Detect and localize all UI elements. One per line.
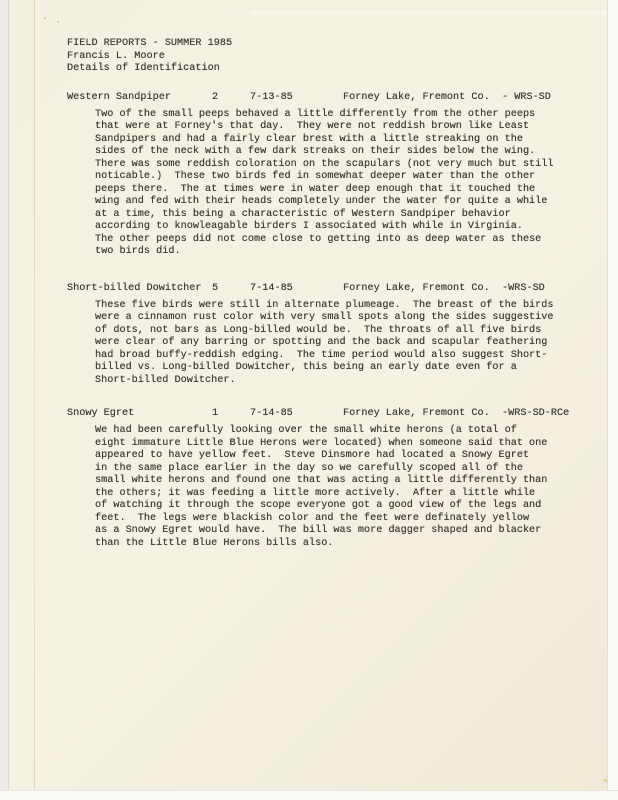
paper-speck (44, 17, 46, 19)
report-short-billed-dowitcher: Short-billed Dowitcher 5 7-14-85 Forney … (67, 283, 607, 388)
report-header: Western Sandpiper 2 7-13-85 Forney Lake,… (67, 92, 607, 105)
species-name: Snowy Egret (67, 408, 134, 421)
bird-count: 2 (212, 92, 218, 105)
paper-speck (57, 21, 59, 23)
scanner-edge-bottom (0, 790, 618, 800)
scanner-edge-left (0, 0, 9, 800)
typewritten-content: FIELD REPORTS - SUMMER 1985 Francis L. M… (67, 38, 607, 550)
document-subtitle: Details of Identification (67, 63, 607, 76)
report-details: Two of the small peeps behaved a little … (95, 109, 607, 259)
report-details: These five birds were still in alternate… (95, 300, 607, 388)
sighting-location: Forney Lake, Fremont Co. (343, 408, 490, 421)
paper-edge-line (34, 0, 35, 795)
sighting-location: Forney Lake, Fremont Co. (343, 283, 490, 296)
report-snowy-egret: Snowy Egret 1 7-14-85 Forney Lake, Fremo… (67, 408, 607, 550)
report-details: We had been carefully looking over the s… (95, 425, 607, 550)
report-header: Short-billed Dowitcher 5 7-14-85 Forney … (67, 283, 607, 296)
bird-count: 1 (212, 408, 218, 421)
sighting-location: Forney Lake, Fremont Co. (343, 92, 490, 105)
report-header: Snowy Egret 1 7-14-85 Forney Lake, Fremo… (67, 408, 607, 421)
species-name: Western Sandpiper (67, 92, 171, 105)
document-author: Francis L. Moore (67, 51, 607, 64)
document-title: FIELD REPORTS - SUMMER 1985 (67, 38, 607, 51)
scanner-edge-right (607, 0, 618, 800)
bird-count: 5 (212, 283, 218, 296)
observer-initials: -WRS-SD (502, 283, 545, 296)
sighting-date: 7-14-85 (250, 408, 293, 421)
report-western-sandpiper: Western Sandpiper 2 7-13-85 Forney Lake,… (67, 92, 607, 259)
scan-crease (250, 11, 610, 15)
observer-initials: -WRS-SD-RCe (502, 408, 569, 421)
species-name: Short-billed Dowitcher (67, 283, 202, 296)
scanned-document-page: FIELD REPORTS - SUMMER 1985 Francis L. M… (0, 0, 618, 800)
observer-initials: - WRS-SD (502, 92, 551, 105)
sighting-date: 7-13-85 (250, 92, 293, 105)
sighting-date: 7-14-85 (250, 283, 293, 296)
